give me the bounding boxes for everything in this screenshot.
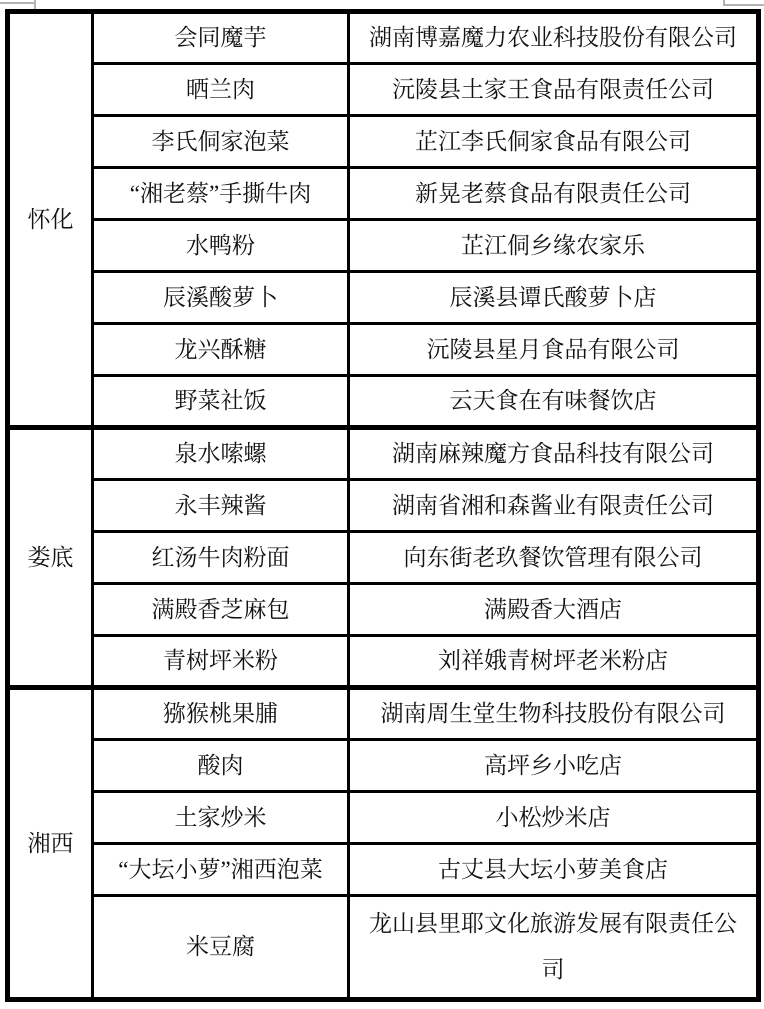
- food-cell: 辰溪酸萝卜: [93, 272, 349, 324]
- table-row: 李氏侗家泡菜 芷江李氏侗家食品有限公司: [8, 116, 759, 168]
- producer-cell: 刘祥娥青树坪老米粉店: [349, 636, 759, 688]
- crop-remnant-line-top-left-horizontal: [0, 2, 35, 4]
- regional-food-producers-table: 怀化 会同魔芋 湖南博嘉魔力农业科技股份有限公司 晒兰肉 沅陵县土家王食品有限责…: [5, 9, 761, 1002]
- table-row: 辰溪酸萝卜 辰溪县谭氏酸萝卜店: [8, 272, 759, 324]
- table-row: 青树坪米粉 刘祥娥青树坪老米粉店: [8, 636, 759, 688]
- food-cell: 晒兰肉: [93, 64, 349, 116]
- food-cell: 李氏侗家泡菜: [93, 116, 349, 168]
- producer-cell: 向东街老玖餐饮管理有限公司: [349, 532, 759, 584]
- table-row: “大坛小萝”湘西泡菜 古丈县大坛小萝美食店: [8, 844, 759, 896]
- food-cell: 米豆腐: [93, 896, 349, 1000]
- food-cell: 土家炒米: [93, 792, 349, 844]
- crop-remnant-line-top-right-horizontal: [725, 4, 764, 6]
- producer-cell: 小松炒米店: [349, 792, 759, 844]
- table-row: 湘西 猕猴桃果脯 湖南周生堂生物科技股份有限公司: [8, 688, 759, 740]
- food-cell: 酸肉: [93, 740, 349, 792]
- table-row: 满殿香芝麻包 满殿香大酒店: [8, 584, 759, 636]
- region-cell: 湘西: [8, 688, 93, 1000]
- table-row: 土家炒米 小松炒米店: [8, 792, 759, 844]
- table-row: 永丰辣酱 湖南省湘和森酱业有限责任公司: [8, 480, 759, 532]
- table-row: 野菜社饭 云天食在有味餐饮店: [8, 376, 759, 428]
- producer-cell: 湖南麻辣魔方食品科技有限公司: [349, 428, 759, 480]
- producer-cell: 云天食在有味餐饮店: [349, 376, 759, 428]
- food-cell: 青树坪米粉: [93, 636, 349, 688]
- table-row: 酸肉 高坪乡小吃店: [8, 740, 759, 792]
- food-cell: 水鸭粉: [93, 220, 349, 272]
- table-row: 水鸭粉 芷江侗乡缘农家乐: [8, 220, 759, 272]
- producer-cell: 芷江李氏侗家食品有限公司: [349, 116, 759, 168]
- producer-cell: 辰溪县谭氏酸萝卜店: [349, 272, 759, 324]
- producer-cell: 沅陵县土家王食品有限责任公司: [349, 64, 759, 116]
- food-cell: 满殿香芝麻包: [93, 584, 349, 636]
- producer-cell: 新晃老蔡食品有限责任公司: [349, 168, 759, 220]
- producer-cell: 满殿香大酒店: [349, 584, 759, 636]
- producer-cell: 芷江侗乡缘农家乐: [349, 220, 759, 272]
- table-row: 娄底 泉水嗦螺 湖南麻辣魔方食品科技有限公司: [8, 428, 759, 480]
- table-row: 晒兰肉 沅陵县土家王食品有限责任公司: [8, 64, 759, 116]
- producer-cell: 高坪乡小吃店: [349, 740, 759, 792]
- producer-cell: 古丈县大坛小萝美食店: [349, 844, 759, 896]
- region-cell: 怀化: [8, 12, 93, 428]
- table-row: 龙兴酥糖 沅陵县星月食品有限公司: [8, 324, 759, 376]
- food-cell: 猕猴桃果脯: [93, 688, 349, 740]
- table-row: “湘老蔡”手撕牛肉 新晃老蔡食品有限责任公司: [8, 168, 759, 220]
- food-cell: 泉水嗦螺: [93, 428, 349, 480]
- region-cell: 娄底: [8, 428, 93, 688]
- food-cell: 会同魔芋: [93, 12, 349, 64]
- table-row: 红汤牛肉粉面 向东街老玖餐饮管理有限公司: [8, 532, 759, 584]
- table-row: 米豆腐 龙山县里耶文化旅游发展有限责任公司: [8, 896, 759, 1000]
- producer-cell: 沅陵县星月食品有限公司: [349, 324, 759, 376]
- table-row: 怀化 会同魔芋 湖南博嘉魔力农业科技股份有限公司: [8, 12, 759, 64]
- food-cell: 红汤牛肉粉面: [93, 532, 349, 584]
- producer-cell: 湖南博嘉魔力农业科技股份有限公司: [349, 12, 759, 64]
- food-cell: 龙兴酥糖: [93, 324, 349, 376]
- producer-cell: 湖南周生堂生物科技股份有限公司: [349, 688, 759, 740]
- food-cell: 永丰辣酱: [93, 480, 349, 532]
- food-cell: “湘老蔡”手撕牛肉: [93, 168, 349, 220]
- food-cell: 野菜社饭: [93, 376, 349, 428]
- producer-cell: 龙山县里耶文化旅游发展有限责任公司: [349, 896, 759, 1000]
- food-cell: “大坛小萝”湘西泡菜: [93, 844, 349, 896]
- producer-cell: 湖南省湘和森酱业有限责任公司: [349, 480, 759, 532]
